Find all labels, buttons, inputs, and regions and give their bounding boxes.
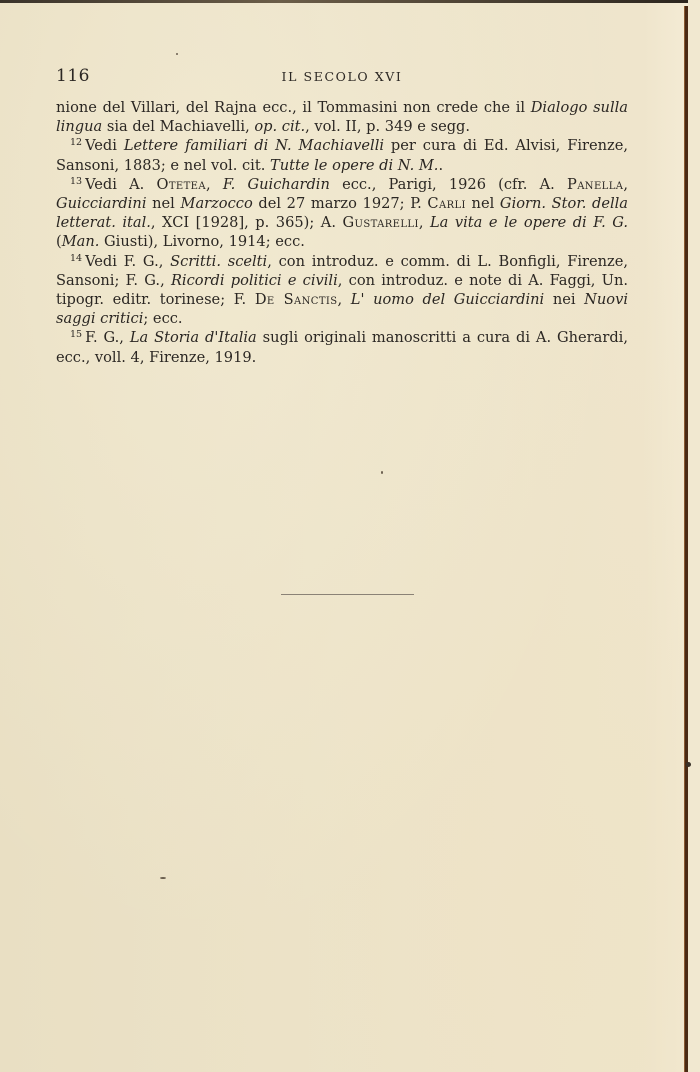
author-name: Gustarelli: [342, 214, 418, 231]
italic-title: Ricordi politici e civili: [171, 272, 338, 289]
page-header: 116 IL SECOLO XVI: [56, 66, 628, 88]
paper-speck: [381, 471, 383, 474]
text-run: sia del Machiavelli,: [102, 118, 254, 135]
paper-speck: [160, 877, 166, 879]
footnote-number: 15: [70, 329, 82, 340]
page-top-edge: [0, 0, 700, 3]
page-binding-edge: [684, 6, 688, 1072]
italic-title: La Storia d'Italia: [130, 329, 257, 346]
italic-title: Marzocco: [181, 195, 253, 212]
italic-title: Scritti. scelti: [170, 253, 267, 270]
text-run: F. G.,: [85, 329, 130, 346]
right-margin: [688, 0, 700, 1072]
paper-speck: [176, 53, 178, 55]
footnote-12: 12Vedi Lettere familiari di N. Machiavel…: [56, 136, 628, 174]
text-run: Giusti), Livorno, 1914; ecc.: [99, 233, 305, 250]
text-run: , vol. II, p. 349 e segg.: [305, 118, 470, 135]
footnote-14: 14Vedi F. G., Scritti. scelti, con intro…: [56, 252, 628, 329]
text-run: nei: [544, 291, 584, 308]
text-run: nel: [466, 195, 500, 212]
author-name: Otetea: [156, 176, 206, 193]
italic-title: L' uomo del Guicciardini: [351, 291, 544, 308]
author-name: Carli: [427, 195, 466, 212]
italic-abbrev: op. cit.: [254, 118, 305, 135]
text-run: .: [438, 157, 443, 174]
text-run: ecc., Parigi, 1926 (cfr. A.: [330, 176, 567, 193]
italic-title: Tutte le opere di N. M.: [270, 157, 438, 174]
italic-title: Guicciardini: [56, 195, 147, 212]
continuation-paragraph: nione del Villari, del Rajna ecc., il To…: [56, 98, 628, 136]
text-run: ,: [419, 214, 430, 231]
text-run: ,: [338, 291, 351, 308]
footnote-number: 12: [70, 137, 82, 148]
text-run: Vedi A.: [85, 176, 156, 193]
italic-title: F. Guichardin: [223, 176, 330, 193]
footnote-number: 13: [70, 176, 82, 187]
italic-title: Lettere familiari di N. Machiavelli: [124, 137, 384, 154]
text-run: ,: [623, 176, 628, 193]
text-run: , XCI [1928], p. 365); A.: [151, 214, 343, 231]
section-divider-rule: [281, 594, 414, 595]
italic-abbrev: Man.: [62, 233, 100, 250]
footnote-number: 14: [70, 253, 82, 264]
text-run: Vedi F. G.,: [85, 253, 170, 270]
text-run: ; ecc.: [143, 310, 182, 327]
footnote-15: 15F. G., La Storia d'Italia sugli origin…: [56, 328, 628, 366]
book-page: 116 IL SECOLO XVI nione del Villari, del…: [0, 0, 700, 1072]
text-run: del 27 marzo 1927; P.: [253, 195, 428, 212]
paper-speck: [686, 762, 691, 767]
text-run: ,: [206, 176, 223, 193]
text-run: nione del Villari, del Rajna ecc., il To…: [56, 99, 531, 116]
author-name: De Sanctis: [255, 291, 338, 308]
text-run: Vedi: [85, 137, 124, 154]
author-name: Panella: [567, 176, 623, 193]
italic-title: La vita e le opere di F. G.: [430, 214, 628, 231]
running-head: IL SECOLO XVI: [56, 69, 628, 84]
text-run: nel: [147, 195, 181, 212]
footnote-13: 13Vedi A. Otetea, F. Guichardin ecc., Pa…: [56, 175, 628, 252]
footnotes-body: nione del Villari, del Rajna ecc., il To…: [56, 98, 628, 367]
